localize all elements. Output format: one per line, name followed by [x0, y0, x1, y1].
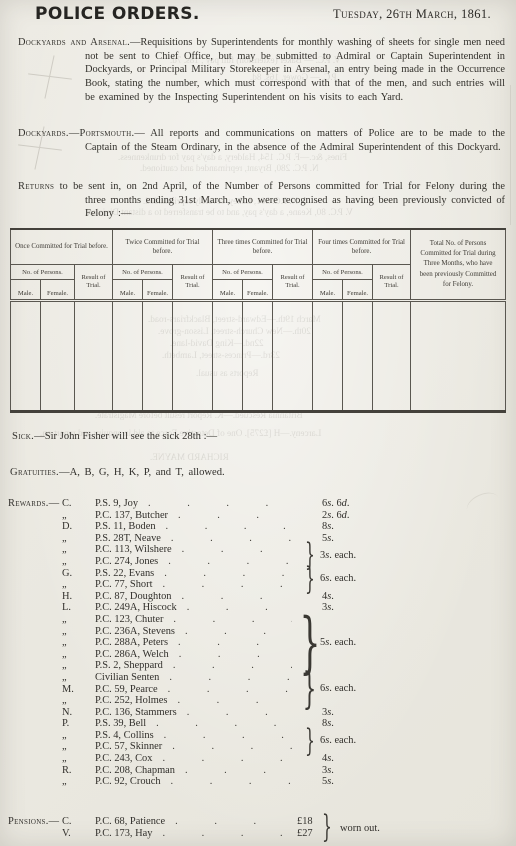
dot-leader: . . . . . . . . . . . . — [152, 753, 292, 765]
dot-leader: . . . . . . . . . . . . — [165, 816, 288, 828]
reward-division-letter: „ — [62, 626, 95, 638]
reward-amount: 8s. — [322, 521, 334, 532]
col-male: Male. — [113, 280, 143, 301]
dot-leader: . . . . . . . . . . . . — [172, 591, 293, 603]
empty-cell — [343, 301, 373, 412]
paragraph-returns: Returns to be sent in, on 2nd April, of … — [85, 180, 505, 221]
reward-amount: 6s. each. — [320, 683, 356, 694]
empty-cell — [243, 301, 273, 412]
reward-officer-name: P.C. 59, Pearce — [95, 684, 158, 696]
pension-division-letter: C. — [62, 816, 95, 828]
reward-officer-name: P.C. 236A, Stevens — [95, 626, 175, 638]
reward-amount: 5s. — [322, 776, 334, 787]
reward-division-letter: „ — [62, 741, 95, 753]
reward-row: L.P.C. 249A, Hiscock. . . . . . . . . . … — [0, 602, 516, 614]
police-orders-page: V. P.C. — Baker (extension) full pay , 1… — [0, 0, 516, 846]
reward-officer-name: P.C. 286A, Welch — [95, 649, 169, 661]
col-total-header: Total No. of Persons Committed for Trial… — [411, 229, 506, 301]
reward-division-letter: „ — [62, 510, 95, 522]
reward-division-letter: C. — [62, 498, 95, 510]
pension-officer-name: P.C. 173, Hay — [95, 828, 152, 840]
reward-row: R.P.C. 208, Chapman. . . . . . . . . . .… — [0, 765, 516, 777]
paragraph-text: — All reports and communications on matt… — [85, 128, 505, 153]
reward-division-letter: G. — [62, 568, 95, 580]
dot-leader: . . . . . . . . . . . . — [154, 568, 292, 580]
reward-division-letter: „ — [62, 660, 95, 672]
col-male: Male. — [313, 280, 343, 301]
reward-officer-name: P.C. 137, Butcher — [95, 510, 168, 522]
table-empty-body-row — [11, 301, 506, 412]
dot-leader: . . . . . . . . . . . . — [177, 602, 292, 614]
reward-amount: 6s. each. — [320, 735, 356, 746]
reward-officer-name: P.C. 249A, Hiscock — [95, 602, 177, 614]
col-result-of-trial: Result of Trial. — [173, 265, 213, 301]
bleedthrough-text: N. P.C. 280, Bryant, reprimanded and cau… — [140, 163, 319, 173]
empty-cell — [313, 301, 343, 412]
reward-row: „P.C. 77, Short. . . . . . . . . . . . — [0, 579, 516, 591]
sick-line: Sick.—Sir John Fisher will see the sick … — [12, 431, 217, 442]
reward-row: „Civilian Senten. . . . . . . . . . . . — [0, 672, 516, 684]
col-group-title: Once Committed for Trial before. — [11, 229, 113, 265]
dot-leader: . . . . . . . . . . . . — [172, 544, 292, 556]
empty-cell — [113, 301, 143, 412]
col-no-of-persons: No. of Persons. — [11, 265, 75, 280]
gratuities-line: Gratuities.—A, B, G, H, K, P, and T, all… — [10, 467, 225, 478]
col-male: Male. — [11, 280, 41, 301]
reward-division-letter: „ — [62, 544, 95, 556]
reward-row: „P.C. 252, Holmes. . . . . . . . . . . . — [0, 695, 516, 707]
reward-officer-name: P.C. 136, Stammers — [95, 707, 177, 719]
dot-leader: . . . . . . . . . . . . — [163, 660, 292, 672]
pensions-list: Pensions.— C.P.C. 68, Patience. . . . . … — [0, 816, 516, 839]
reward-amount: 6s. 6d. — [322, 498, 349, 509]
reward-amount: 3s. — [322, 602, 334, 613]
reward-row: „P.C. 92, Crouch. . . . . . . . . . . . — [0, 776, 516, 788]
col-result-of-trial: Result of Trial. — [75, 265, 113, 301]
reward-amount: 4s. — [322, 753, 334, 764]
reward-division-letter: H. — [62, 591, 95, 603]
reward-division-letter: L. — [62, 602, 95, 614]
dot-leader: . . . . . . . . . . . . — [152, 828, 288, 840]
dot-leader: . . . . . . . . . . . . — [168, 510, 292, 522]
reward-officer-name: P.C. 57, Skinner — [95, 741, 162, 753]
reward-officer-name: P.C. 208, Chapman — [95, 765, 175, 777]
reward-row: „P.C. 57, Skinner. . . . . . . . . . . . — [0, 741, 516, 753]
dot-leader: . . . . . . . . . . . . — [158, 556, 292, 568]
col-male: Male. — [213, 280, 243, 301]
reward-division-letter: P. — [62, 718, 95, 730]
reward-row: „P.C. 123, Chuter. . . . . . . . . . . . — [0, 614, 516, 626]
reward-officer-name: P.C. 92, Crouch — [95, 776, 161, 788]
pension-note: worn out. — [340, 823, 380, 834]
dot-leader: . . . . . . . . . . . . — [161, 776, 292, 788]
paragraph-label: Returns — [18, 181, 54, 192]
pension-officer-name: P.C. 68, Patience — [95, 816, 165, 828]
reward-officer-name: P.S. 9, Joy — [95, 498, 138, 510]
empty-cell — [273, 301, 313, 412]
reward-row: „P.S. 28T, Neave. . . . . . . . . . . . — [0, 533, 516, 545]
col-female: Female. — [41, 280, 75, 301]
dot-leader: . . . . . . . . . . . . — [154, 730, 292, 742]
reward-amount: 2s. 6d. — [322, 510, 349, 521]
reward-officer-name: P.S. 2, Sheppard — [95, 660, 163, 672]
reward-officer-name: P.C. 87, Doughton — [95, 591, 172, 603]
reward-row: P.P.S. 39, Bell. . . . . . . . . . . . — [0, 718, 516, 730]
reward-amount: 3s. — [322, 707, 334, 718]
col-no-of-persons: No. of Persons. — [213, 265, 273, 280]
pension-amount: £18 — [297, 816, 313, 827]
gratuities-label: Gratuities. — [10, 467, 59, 478]
rewards-list: Rewards.— C.P.S. 9, Joy. . . . . . . . .… — [0, 498, 516, 788]
reward-amount: 6s. each. — [320, 573, 356, 584]
col-female: Female. — [343, 280, 373, 301]
reward-officer-name: Civilian Senten — [95, 672, 159, 684]
dot-leader: . . . . . . . . . . . . — [158, 684, 292, 696]
reward-officer-name: P.C. 77, Short — [95, 579, 152, 591]
dot-leader: . . . . . . . . . . . . — [159, 672, 292, 684]
reward-row: D.P.S. 11, Boden. . . . . . . . . . . . — [0, 521, 516, 533]
reward-row: „P.C. 113, Wilshere. . . . . . . . . . .… — [0, 544, 516, 556]
sick-label: Sick. — [12, 431, 34, 442]
empty-cell — [143, 301, 173, 412]
pension-row: V.P.C. 173, Hay. . . . . . . . . . . . — [0, 828, 516, 840]
empty-cell — [11, 301, 41, 412]
reward-row: H.P.C. 87, Doughton. . . . . . . . . . .… — [0, 591, 516, 603]
empty-cell — [41, 301, 75, 412]
pension-amount: £27 — [297, 828, 313, 839]
col-group-title: Three times Committed for Trial before. — [213, 229, 313, 265]
page-date: Tuesday, 26th March, 1861. — [333, 7, 491, 22]
dot-leader: . . . . . . . . . . . . — [146, 718, 292, 730]
reward-amount: 3s. — [322, 765, 334, 776]
empty-cell — [373, 301, 411, 412]
reward-row: G.P.S. 22, Evans. . . . . . . . . . . . — [0, 568, 516, 580]
reward-row: „P.S. 2, Sheppard. . . . . . . . . . . . — [0, 660, 516, 672]
reward-officer-name: P.C. 243, Cox — [95, 753, 152, 765]
reward-division-letter: „ — [62, 649, 95, 661]
col-no-of-persons: No. of Persons. — [313, 265, 373, 280]
col-group-title: Twice Committed for Trial before. — [113, 229, 213, 265]
col-female: Female. — [243, 280, 273, 301]
reward-division-letter: „ — [62, 753, 95, 765]
table-header-row: Once Committed for Trial before.Twice Co… — [11, 229, 506, 265]
dot-leader: . . . . . . . . . . . . — [175, 626, 292, 638]
dot-leader: . . . . . . . . . . . . — [177, 707, 292, 719]
bleedthrough-text: RICHARD MAYNE. — [150, 452, 229, 462]
brace: } — [301, 729, 319, 754]
reward-officer-name: P.C. 274, Jones — [95, 556, 158, 568]
reward-officer-name: P.S. 28T, Neave — [95, 533, 161, 545]
brace: } — [318, 815, 336, 840]
bleedthrough-rule — [510, 85, 511, 225]
dot-leader: . . . . . . . . . . . . — [138, 498, 292, 510]
dot-leader: . . . . . . . . . . . . — [175, 765, 292, 777]
dot-leader: . . . . . . . . . . . . — [161, 533, 292, 545]
reward-division-letter: M. — [62, 684, 95, 696]
reward-row: C.P.S. 9, Joy. . . . . . . . . . . . — [0, 498, 516, 510]
pension-row: C.P.C. 68, Patience. . . . . . . . . . .… — [0, 816, 516, 828]
reward-division-letter: „ — [62, 730, 95, 742]
reward-officer-name: P.S. 39, Bell — [95, 718, 146, 730]
returns-table: Once Committed for Trial before.Twice Co… — [10, 228, 506, 413]
pencil-cross-mark — [28, 55, 72, 99]
reward-row: „P.C. 236A, Stevens. . . . . . . . . . .… — [0, 626, 516, 638]
reward-division-letter: „ — [62, 579, 95, 591]
dot-leader: . . . . . . . . . . . . — [156, 521, 292, 533]
reward-officer-name: P.C. 123, Chuter — [95, 614, 163, 626]
reward-division-letter: „ — [62, 533, 95, 545]
pension-division-letter: V. — [62, 828, 95, 840]
reward-row: N.P.C. 136, Stammers. . . . . . . . . . … — [0, 707, 516, 719]
dot-leader: . . . . . . . . . . . . — [163, 614, 292, 626]
reward-row: „P.C. 288A, Peters. . . . . . . . . . . … — [0, 637, 516, 649]
reward-amount: 4s. — [322, 591, 334, 602]
paragraph-label: Dockyards.—Portsmouth. — [18, 128, 134, 139]
reward-division-letter: D. — [62, 521, 95, 533]
paragraph-label: Dockyards and Arsenal. — [18, 37, 130, 48]
empty-cell — [411, 301, 506, 412]
sick-text: —Sir John Fisher will see the sick 28th … — [34, 431, 217, 442]
reward-division-letter: „ — [62, 556, 95, 568]
reward-division-letter: „ — [62, 672, 95, 684]
reward-row: „P.C. 243, Cox. . . . . . . . . . . . — [0, 753, 516, 765]
reward-row: „P.S. 4, Collins. . . . . . . . . . . . — [0, 730, 516, 742]
reward-amount: 5s. — [322, 533, 334, 544]
paragraph-dockyards-portsmouth: Dockyards.—Portsmouth.— All reports and … — [85, 127, 505, 154]
reward-row: M.P.C. 59, Pearce. . . . . . . . . . . . — [0, 684, 516, 696]
reward-officer-name: P.S. 22, Evans — [95, 568, 154, 580]
brace: } — [301, 671, 319, 708]
reward-officer-name: P.C. 252, Holmes — [95, 695, 167, 707]
reward-officer-name: P.S. 11, Boden — [95, 521, 156, 533]
dot-leader: . . . . . . . . . . . . — [169, 649, 292, 661]
reward-division-letter: „ — [62, 614, 95, 626]
reward-division-letter: „ — [62, 776, 95, 788]
dot-leader: . . . . . . . . . . . . — [152, 579, 292, 591]
brace: } — [301, 567, 319, 592]
reward-row: „P.C. 286A, Welch. . . . . . . . . . . . — [0, 649, 516, 661]
paragraph-text: to be sent in, on 2nd April, of the Numb… — [54, 181, 505, 219]
paragraph-text: —Requisitions by Superintendents for mon… — [85, 37, 505, 103]
col-result-of-trial: Result of Trial. — [373, 265, 411, 301]
gratuities-text: —A, B, G, H, K, P, and T, allowed. — [59, 467, 225, 478]
reward-amount: 3s. each. — [320, 550, 356, 561]
reward-row: „P.C. 137, Butcher. . . . . . . . . . . … — [0, 510, 516, 522]
empty-cell — [173, 301, 213, 412]
col-result-of-trial: Result of Trial. — [273, 265, 313, 301]
page-title: POLICE ORDERS. — [35, 4, 200, 24]
reward-amount: 8s. — [322, 718, 334, 729]
col-female: Female. — [143, 280, 173, 301]
reward-officer-name: P.C. 288A, Peters — [95, 637, 168, 649]
empty-cell — [75, 301, 113, 412]
empty-cell — [213, 301, 243, 412]
reward-division-letter: „ — [62, 695, 95, 707]
reward-division-letter: R. — [62, 765, 95, 777]
col-no-of-persons: No. of Persons. — [113, 265, 173, 280]
dot-leader: . . . . . . . . . . . . — [168, 637, 292, 649]
dot-leader: . . . . . . . . . . . . — [167, 695, 292, 707]
reward-division-letter: N. — [62, 707, 95, 719]
col-group-title: Four times Committed for Trial before. — [313, 229, 411, 265]
reward-row: „P.C. 274, Jones. . . . . . . . . . . . — [0, 556, 516, 568]
dot-leader: . . . . . . . . . . . . — [162, 741, 292, 753]
reward-officer-name: P.C. 113, Wilshere — [95, 544, 172, 556]
reward-division-letter: „ — [62, 637, 95, 649]
paragraph-dockyards-arsenal: Dockyards and Arsenal.—Requisitions by S… — [85, 36, 505, 105]
reward-officer-name: P.S. 4, Collins — [95, 730, 154, 742]
reward-amount: 5s. each. — [320, 637, 356, 648]
